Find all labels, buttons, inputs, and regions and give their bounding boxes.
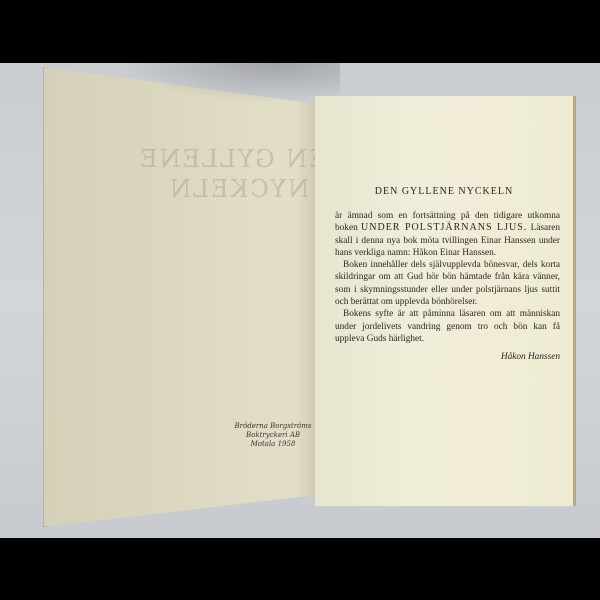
paragraph-3: Bokens syfte är att påminna läsaren om a… [335, 308, 560, 345]
book-reference: UNDER POLSTJÄRNANS LJUS. [361, 222, 527, 233]
paragraph-2: Boken innehåller dels självupplevda böne… [335, 259, 560, 308]
paragraph-1: är ämnad som en fortsättning på den tidi… [335, 210, 560, 259]
left-page: DEN GYLLENE NYCKELN Bröderna Borgströms … [43, 67, 317, 527]
printer-imprint: Bröderna Borgströms Boktryckeri AB Motal… [223, 422, 323, 449]
printer-line: Bröderna Borgströms [223, 422, 323, 431]
printer-line: Motala 1958 [223, 440, 323, 449]
signature: Håkon Hanssen [335, 351, 560, 363]
bleed-through-title-line2: NYCKELN [168, 175, 309, 203]
page-shadow [120, 63, 340, 103]
right-page-text: är ämnad som en fortsättning på den tidi… [335, 210, 560, 364]
printer-line: Boktryckeri AB [223, 431, 323, 440]
page-title: DEN GYLLENE NYCKELN [315, 186, 573, 197]
